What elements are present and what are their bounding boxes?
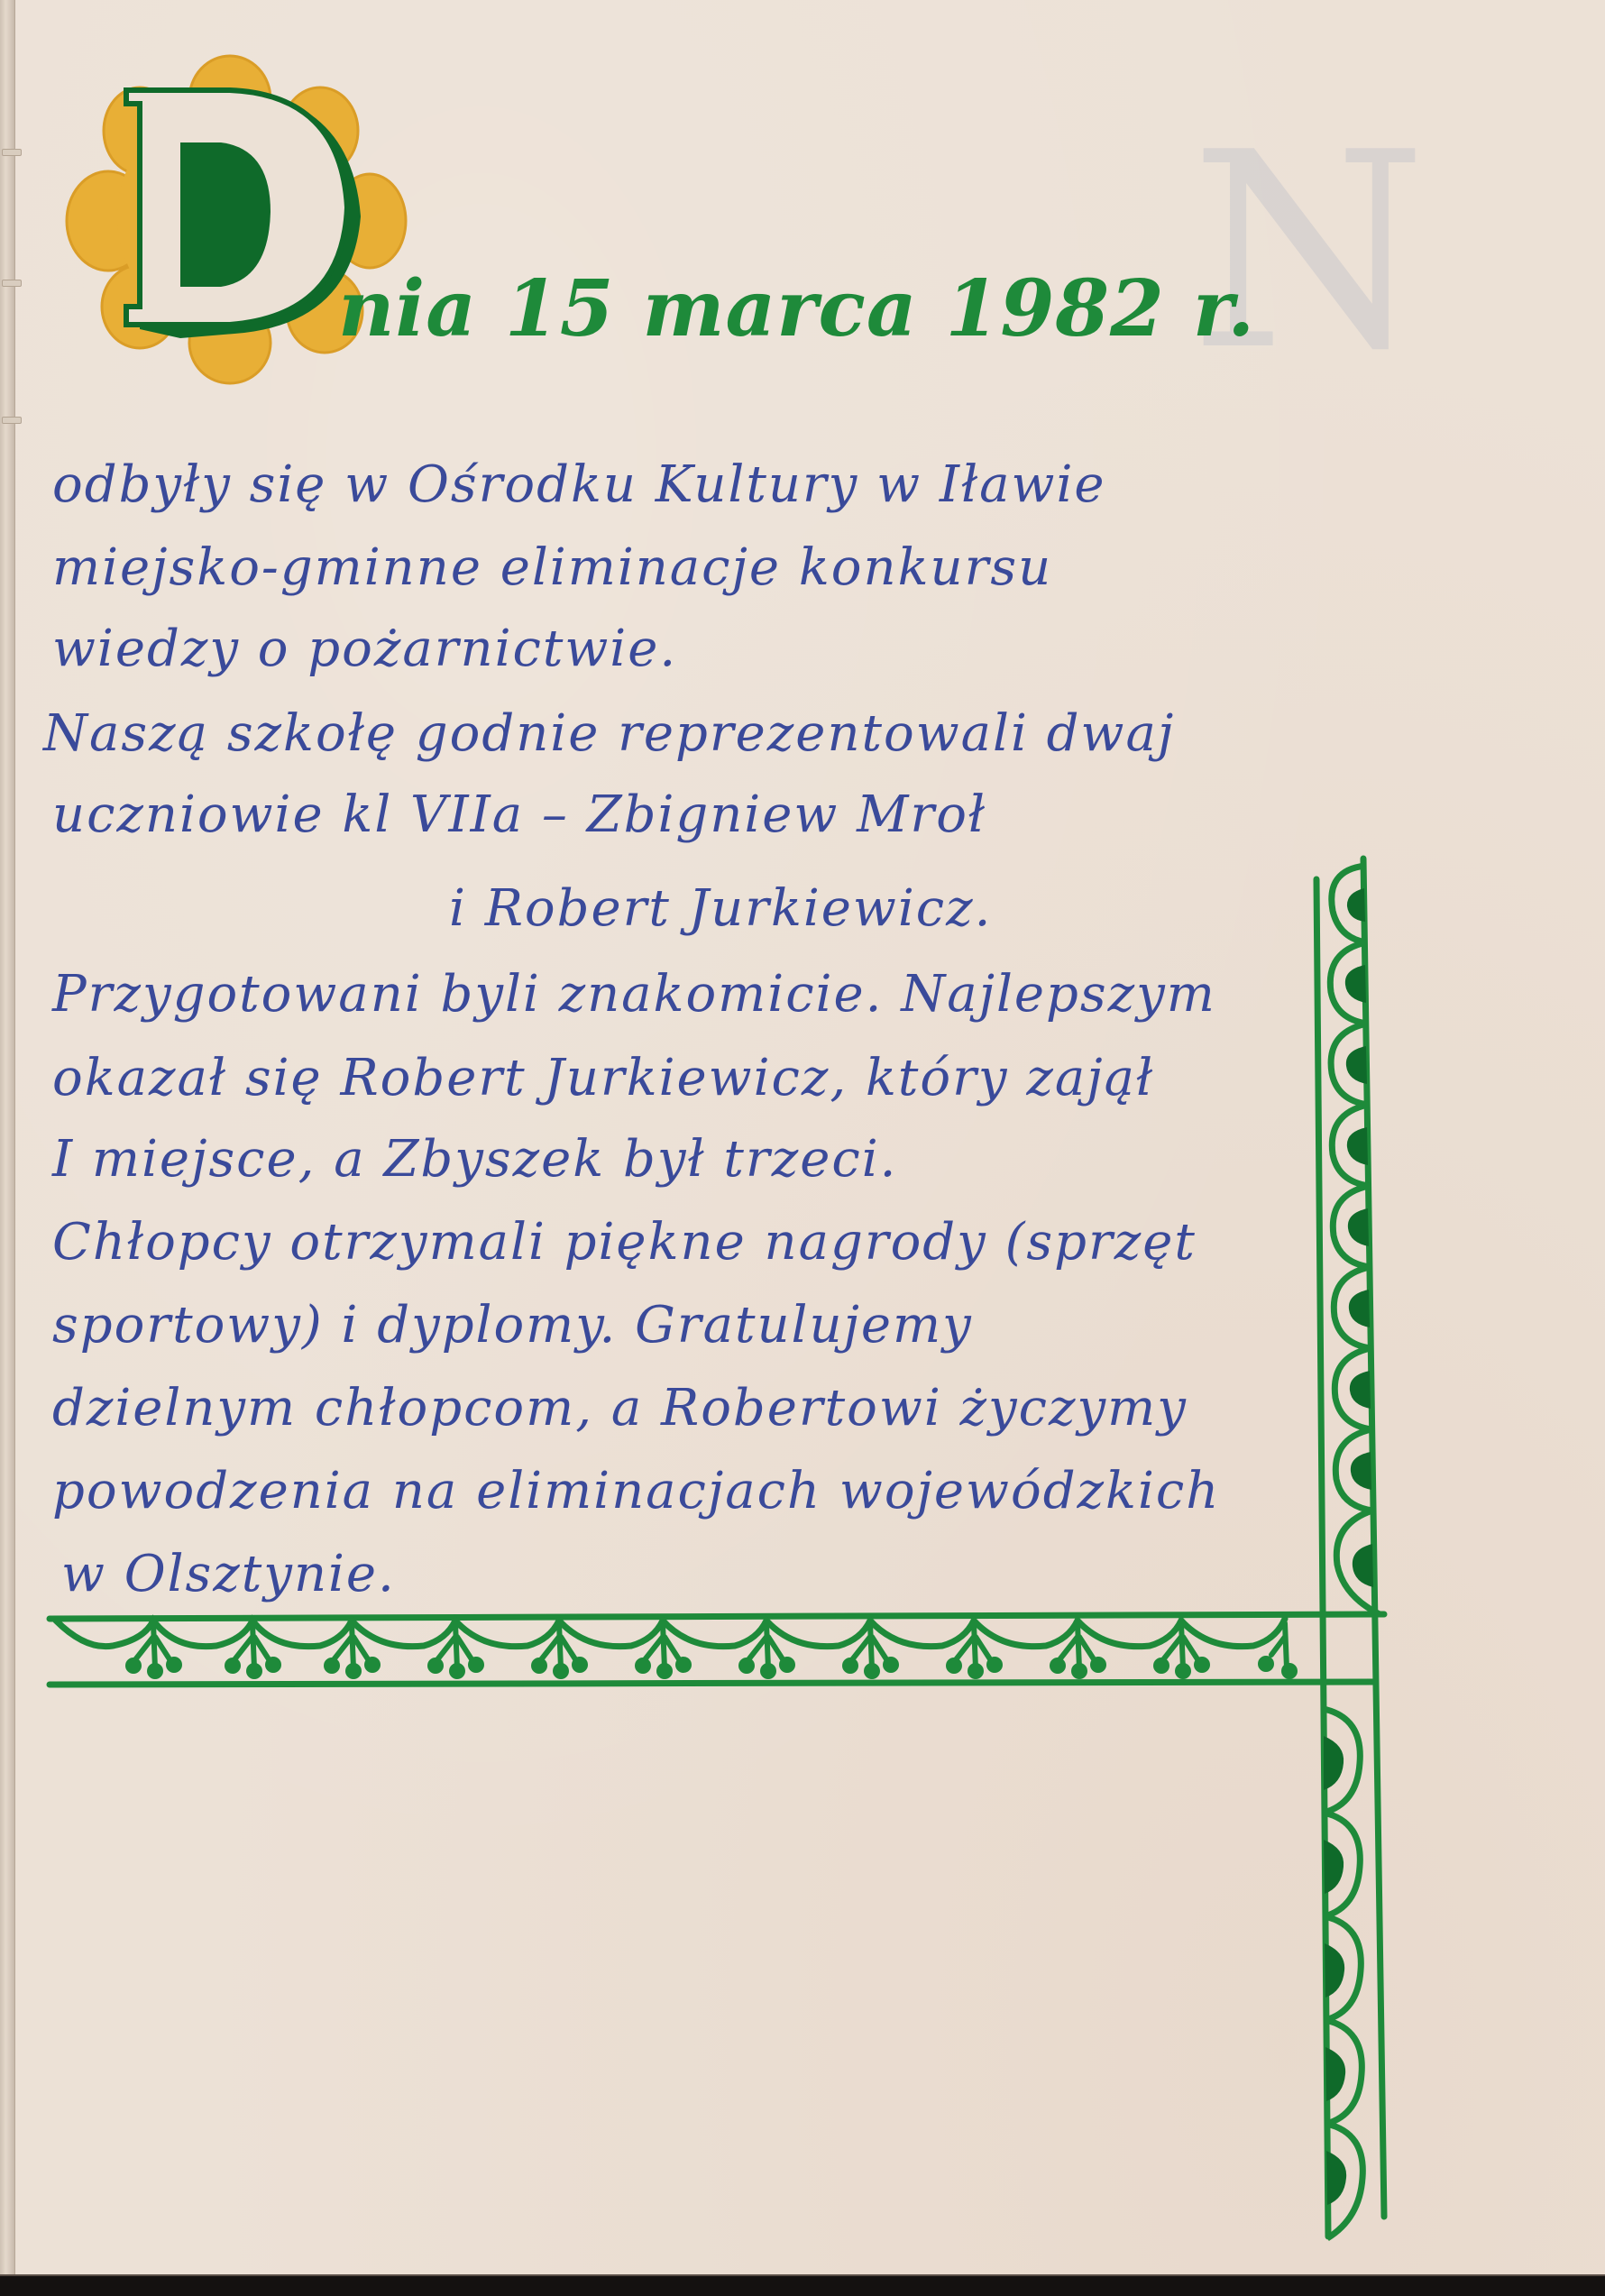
garland-pendant [741, 1623, 793, 1676]
garland-pendant [534, 1623, 585, 1676]
garland-pendant [845, 1623, 896, 1676]
scan-bottom-edge [0, 2274, 1605, 2296]
notebook-page: N nia 15 marca 1982 r. odbyły się w Ośro… [0, 0, 1605, 2274]
garland-pendant [227, 1623, 279, 1676]
garland-pendant [326, 1623, 378, 1676]
garland-pendant [1156, 1623, 1207, 1676]
garland-pendant [430, 1623, 481, 1676]
garland-pendant [1052, 1623, 1104, 1676]
garland-pendant [128, 1623, 179, 1676]
decorative-border-icon [0, 0, 1605, 2274]
garland-pendant [949, 1623, 1000, 1676]
garland-pendant [637, 1623, 689, 1676]
